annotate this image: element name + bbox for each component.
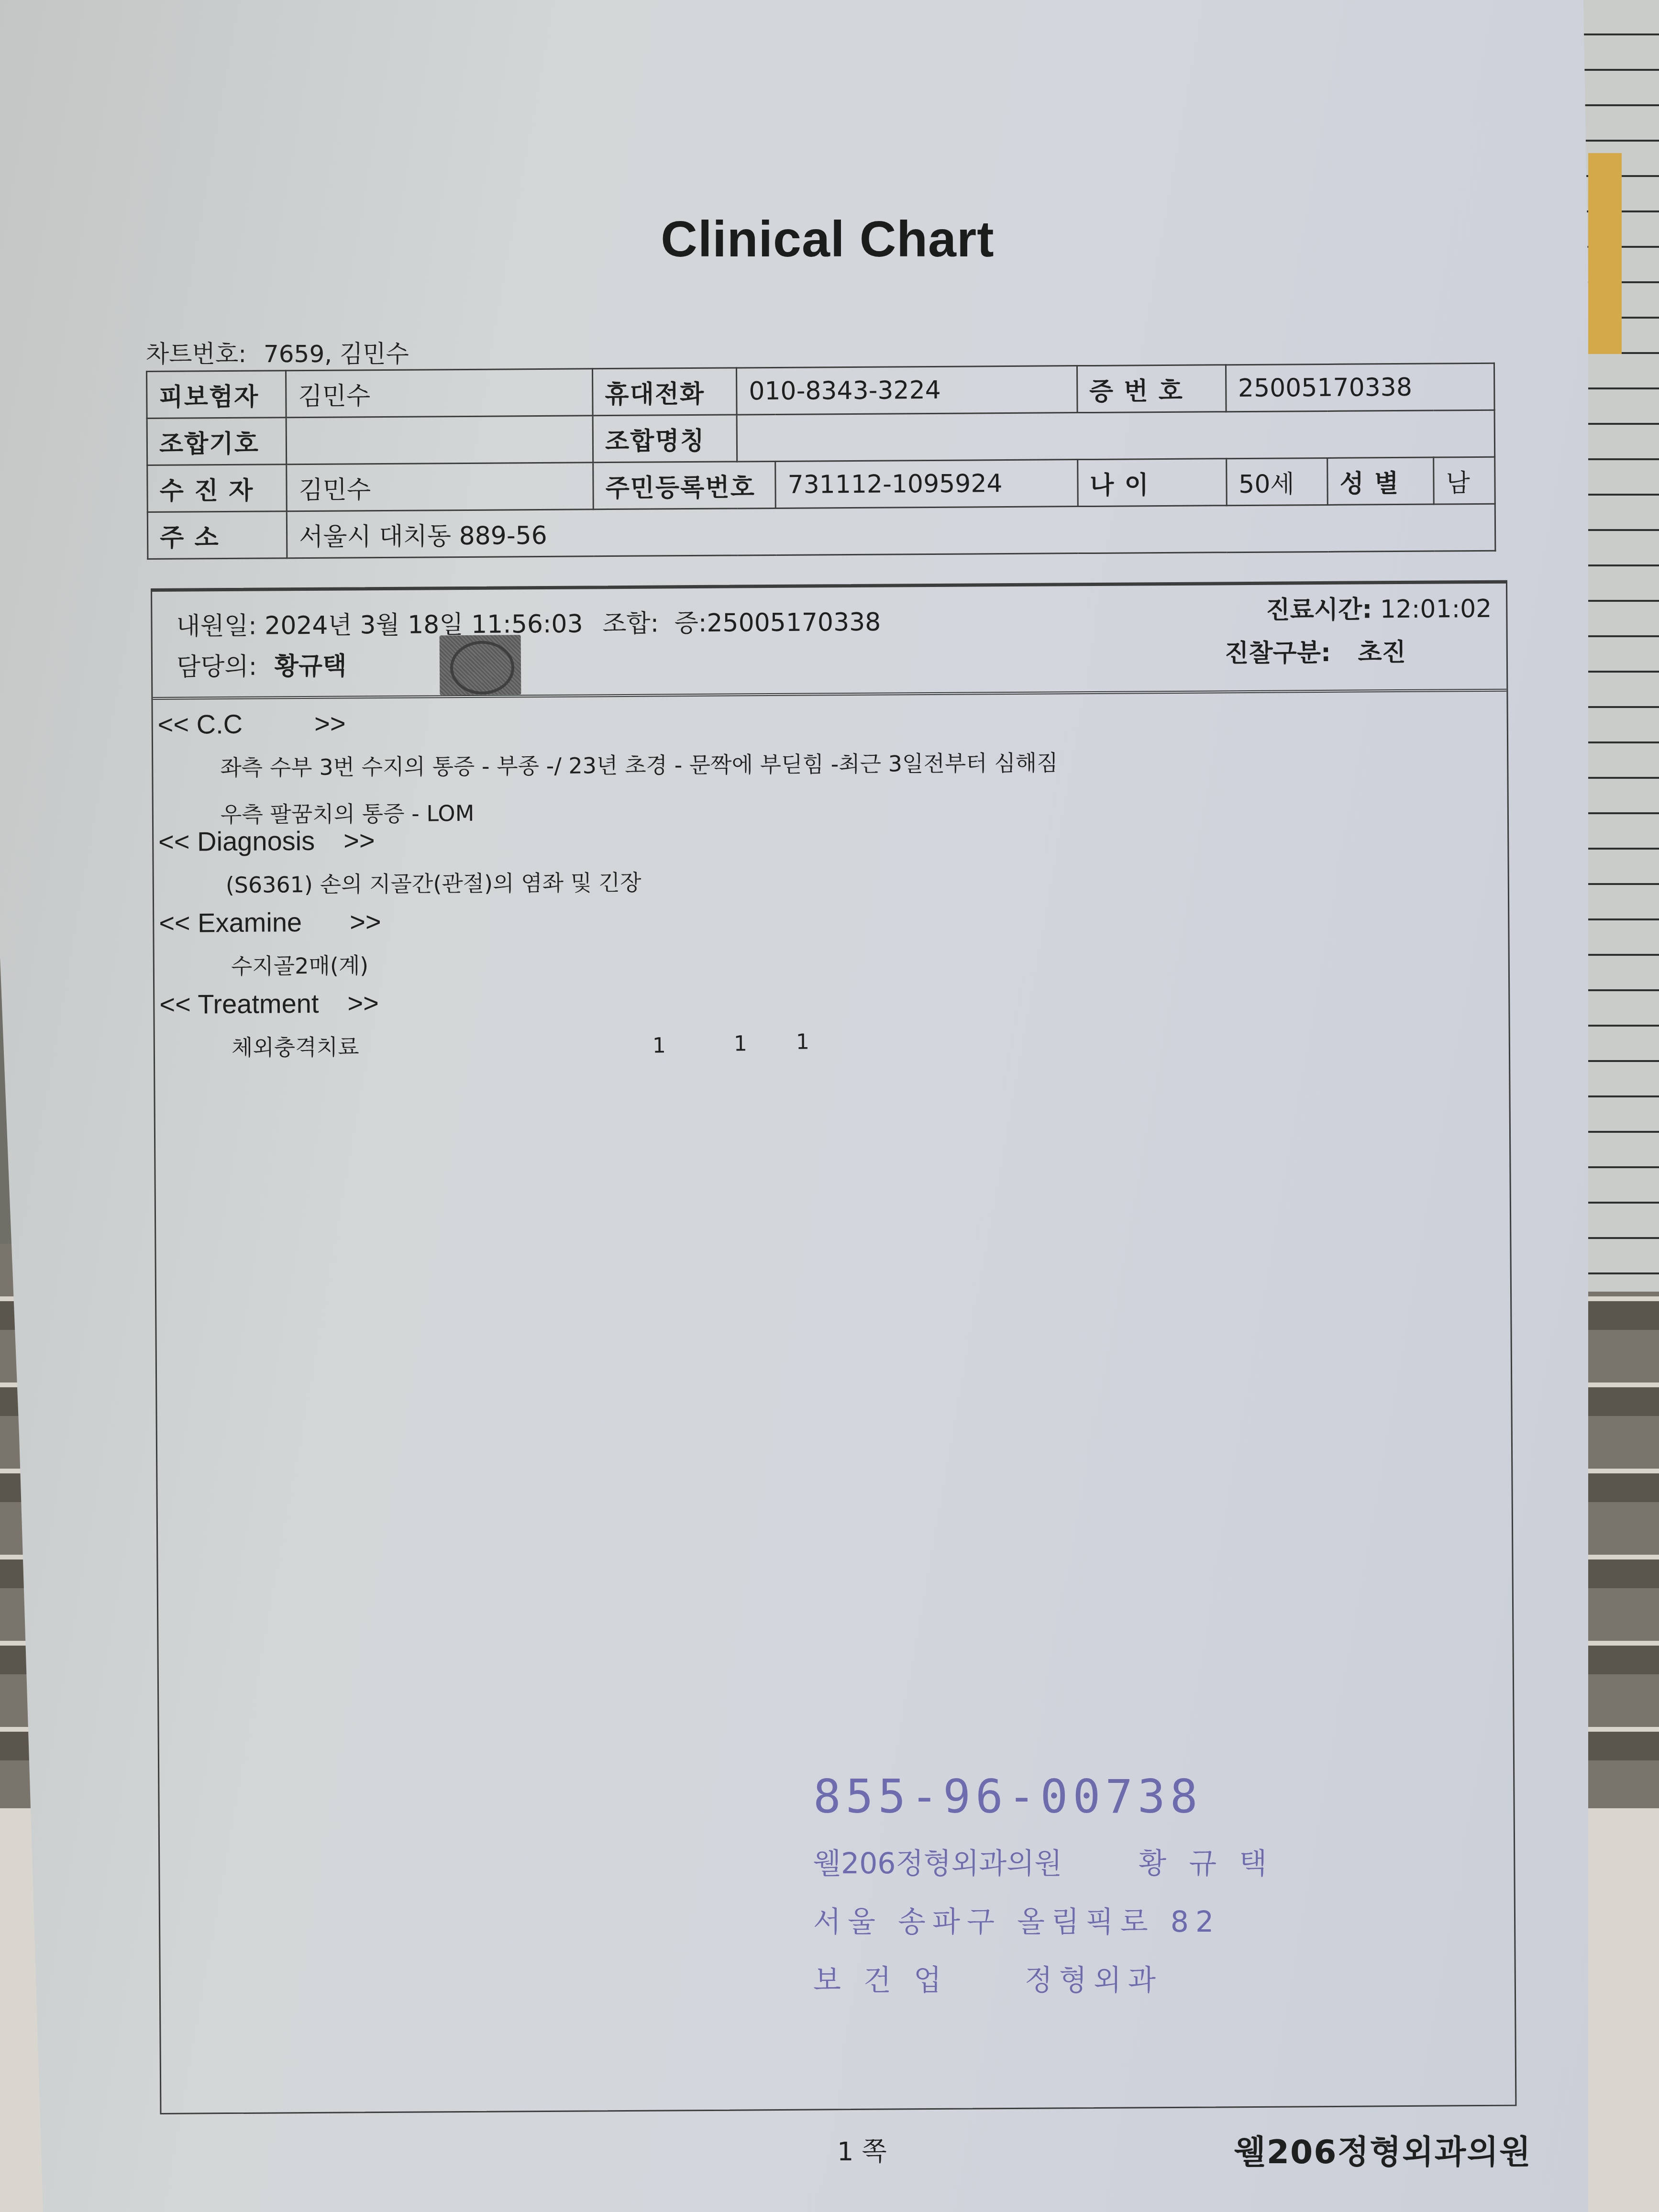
rrn-value: 731112-1095924 bbox=[775, 460, 1078, 509]
section-diagnosis-title: << Diagnosis bbox=[158, 826, 315, 857]
address-value: 서울시 대치동 889-56 bbox=[287, 504, 1495, 558]
patient-label: 수 진 자 bbox=[147, 465, 287, 512]
section-examine-close: >> bbox=[350, 907, 381, 937]
visit-type: 진찰구분: 초진 bbox=[1225, 632, 1406, 669]
section-diagnosis-close: >> bbox=[343, 825, 375, 855]
stamp-registration-number: 855-96-00738 bbox=[813, 1770, 1273, 1824]
union-name-label: 조합명칭 bbox=[593, 415, 737, 463]
section-treatment-title: << Treatment bbox=[159, 988, 319, 1019]
stamp-doctor-name: 황 규 택 bbox=[1139, 1847, 1273, 1880]
visit-date-label: 내원일: bbox=[176, 612, 257, 641]
union-code-value bbox=[286, 416, 593, 465]
treatment-item: 체외충격치료 bbox=[232, 1029, 973, 1062]
section-cc: << C.C>> 좌측 수부 3번 수지의 통증 - 부종 -/ 23년 초경 … bbox=[158, 703, 1059, 829]
rrn-label: 주민등록번호 bbox=[593, 461, 776, 509]
doctor-row: 담당의: 황규택 bbox=[177, 646, 347, 683]
document-title: Clinical Chart bbox=[641, 210, 1014, 268]
stamp-clinic-name: 웰206정형외과의원 bbox=[813, 1847, 1062, 1880]
page-number: 1 쪽 bbox=[837, 2131, 887, 2168]
stamp-business-type: 보 건 업 bbox=[813, 1964, 948, 1997]
chart-number-label: 차트번호: bbox=[146, 340, 246, 368]
union-code-label: 조합기호 bbox=[147, 418, 287, 465]
stamp-address: 서울 송파구 올림픽로 82 bbox=[813, 1899, 1273, 1940]
footer-clinic-name: 웰206정형외과의원 bbox=[1234, 2126, 1532, 2173]
mobile-label: 휴대전화 bbox=[592, 368, 737, 416]
section-treatment-close: >> bbox=[347, 988, 379, 1018]
clinic-stamp: 855-96-00738 웰206정형외과의원황 규 택 서울 송파구 올림픽로… bbox=[813, 1770, 1273, 1999]
age-label: 나 이 bbox=[1077, 459, 1227, 507]
section-cc-close: >> bbox=[314, 708, 346, 739]
union-value: 증:25005170338 bbox=[675, 608, 881, 638]
section-examine: << Examine>> 수지골2매(계) bbox=[159, 906, 381, 982]
chart-number-value: 7659, 김민수 bbox=[264, 340, 409, 368]
treatment-qty: 1 bbox=[734, 1031, 747, 1056]
visit-type-value: 초진 bbox=[1358, 638, 1406, 667]
union-name-value bbox=[737, 410, 1495, 462]
visit-date-row: 내원일: 2024년 3월 18일 11:56:03 조합: 증:2500517… bbox=[176, 602, 881, 642]
sex-value: 남 bbox=[1434, 457, 1495, 504]
diagnosis-line: (S6361) 손의 지골간(관절)의 염좌 및 긴장 bbox=[226, 869, 641, 900]
union-label: 조합: bbox=[602, 609, 659, 639]
cc-line: 좌측 수부 3번 수지의 통증 - 부종 -/ 23년 초경 - 문짝에 부딛힘… bbox=[220, 749, 1058, 782]
patient-value: 김민수 bbox=[287, 463, 594, 511]
examine-line: 수지골2매(계) bbox=[231, 951, 382, 981]
treatment-time-value: 12:01:02 bbox=[1380, 595, 1492, 624]
section-examine-title: << Examine bbox=[159, 907, 302, 938]
section-cc-title: << C.C bbox=[158, 709, 243, 740]
visit-header: 내원일: 2024년 3월 18일 11:56:03 조합: 증:2500517… bbox=[152, 584, 1506, 700]
chart-number: 차트번호: 7659, 김민수 bbox=[146, 335, 409, 369]
visit-type-label: 진찰구분: bbox=[1225, 639, 1331, 668]
stamp-specialty: 정형외과 bbox=[1025, 1964, 1162, 1997]
cert-no-value: 25005170338 bbox=[1226, 363, 1494, 411]
cert-no-label: 증 번 호 bbox=[1077, 365, 1226, 413]
treatment-qty: 1 bbox=[796, 1030, 809, 1054]
sex-label: 성 별 bbox=[1327, 457, 1434, 505]
address-label: 주 소 bbox=[147, 511, 287, 559]
section-diagnosis: << Diagnosis>> (S6361) 손의 지골간(관절)의 염좌 및 … bbox=[158, 823, 641, 900]
clinical-chart-paper: Clinical Chart 차트번호: 7659, 김민수 피보험자 김민수 … bbox=[0, 0, 1588, 2212]
treatment-time: 진료시간: 12:01:02 bbox=[1266, 588, 1492, 626]
doctor-label: 담당의: bbox=[177, 653, 257, 682]
treatment-time-label: 진료시간: bbox=[1266, 595, 1372, 624]
visit-date-value: 2024년 3월 18일 11:56:03 bbox=[265, 609, 583, 640]
patient-info-table: 피보험자 김민수 휴대전화 010-8343-3224 증 번 호 250051… bbox=[146, 363, 1496, 560]
background-sticky-note bbox=[1588, 153, 1622, 354]
doctor-seal-icon bbox=[440, 635, 521, 695]
treatment-qty: 1 bbox=[653, 1033, 666, 1058]
section-treatment: << Treatment>> 체외충격치료 1 1 1 bbox=[159, 984, 973, 1063]
doctor-value: 황규택 bbox=[275, 652, 347, 681]
mobile-value: 010-8343-3224 bbox=[736, 366, 1077, 415]
insured-value: 김민수 bbox=[286, 369, 593, 418]
insured-label: 피보험자 bbox=[147, 371, 287, 419]
age-value: 50세 bbox=[1226, 458, 1327, 505]
